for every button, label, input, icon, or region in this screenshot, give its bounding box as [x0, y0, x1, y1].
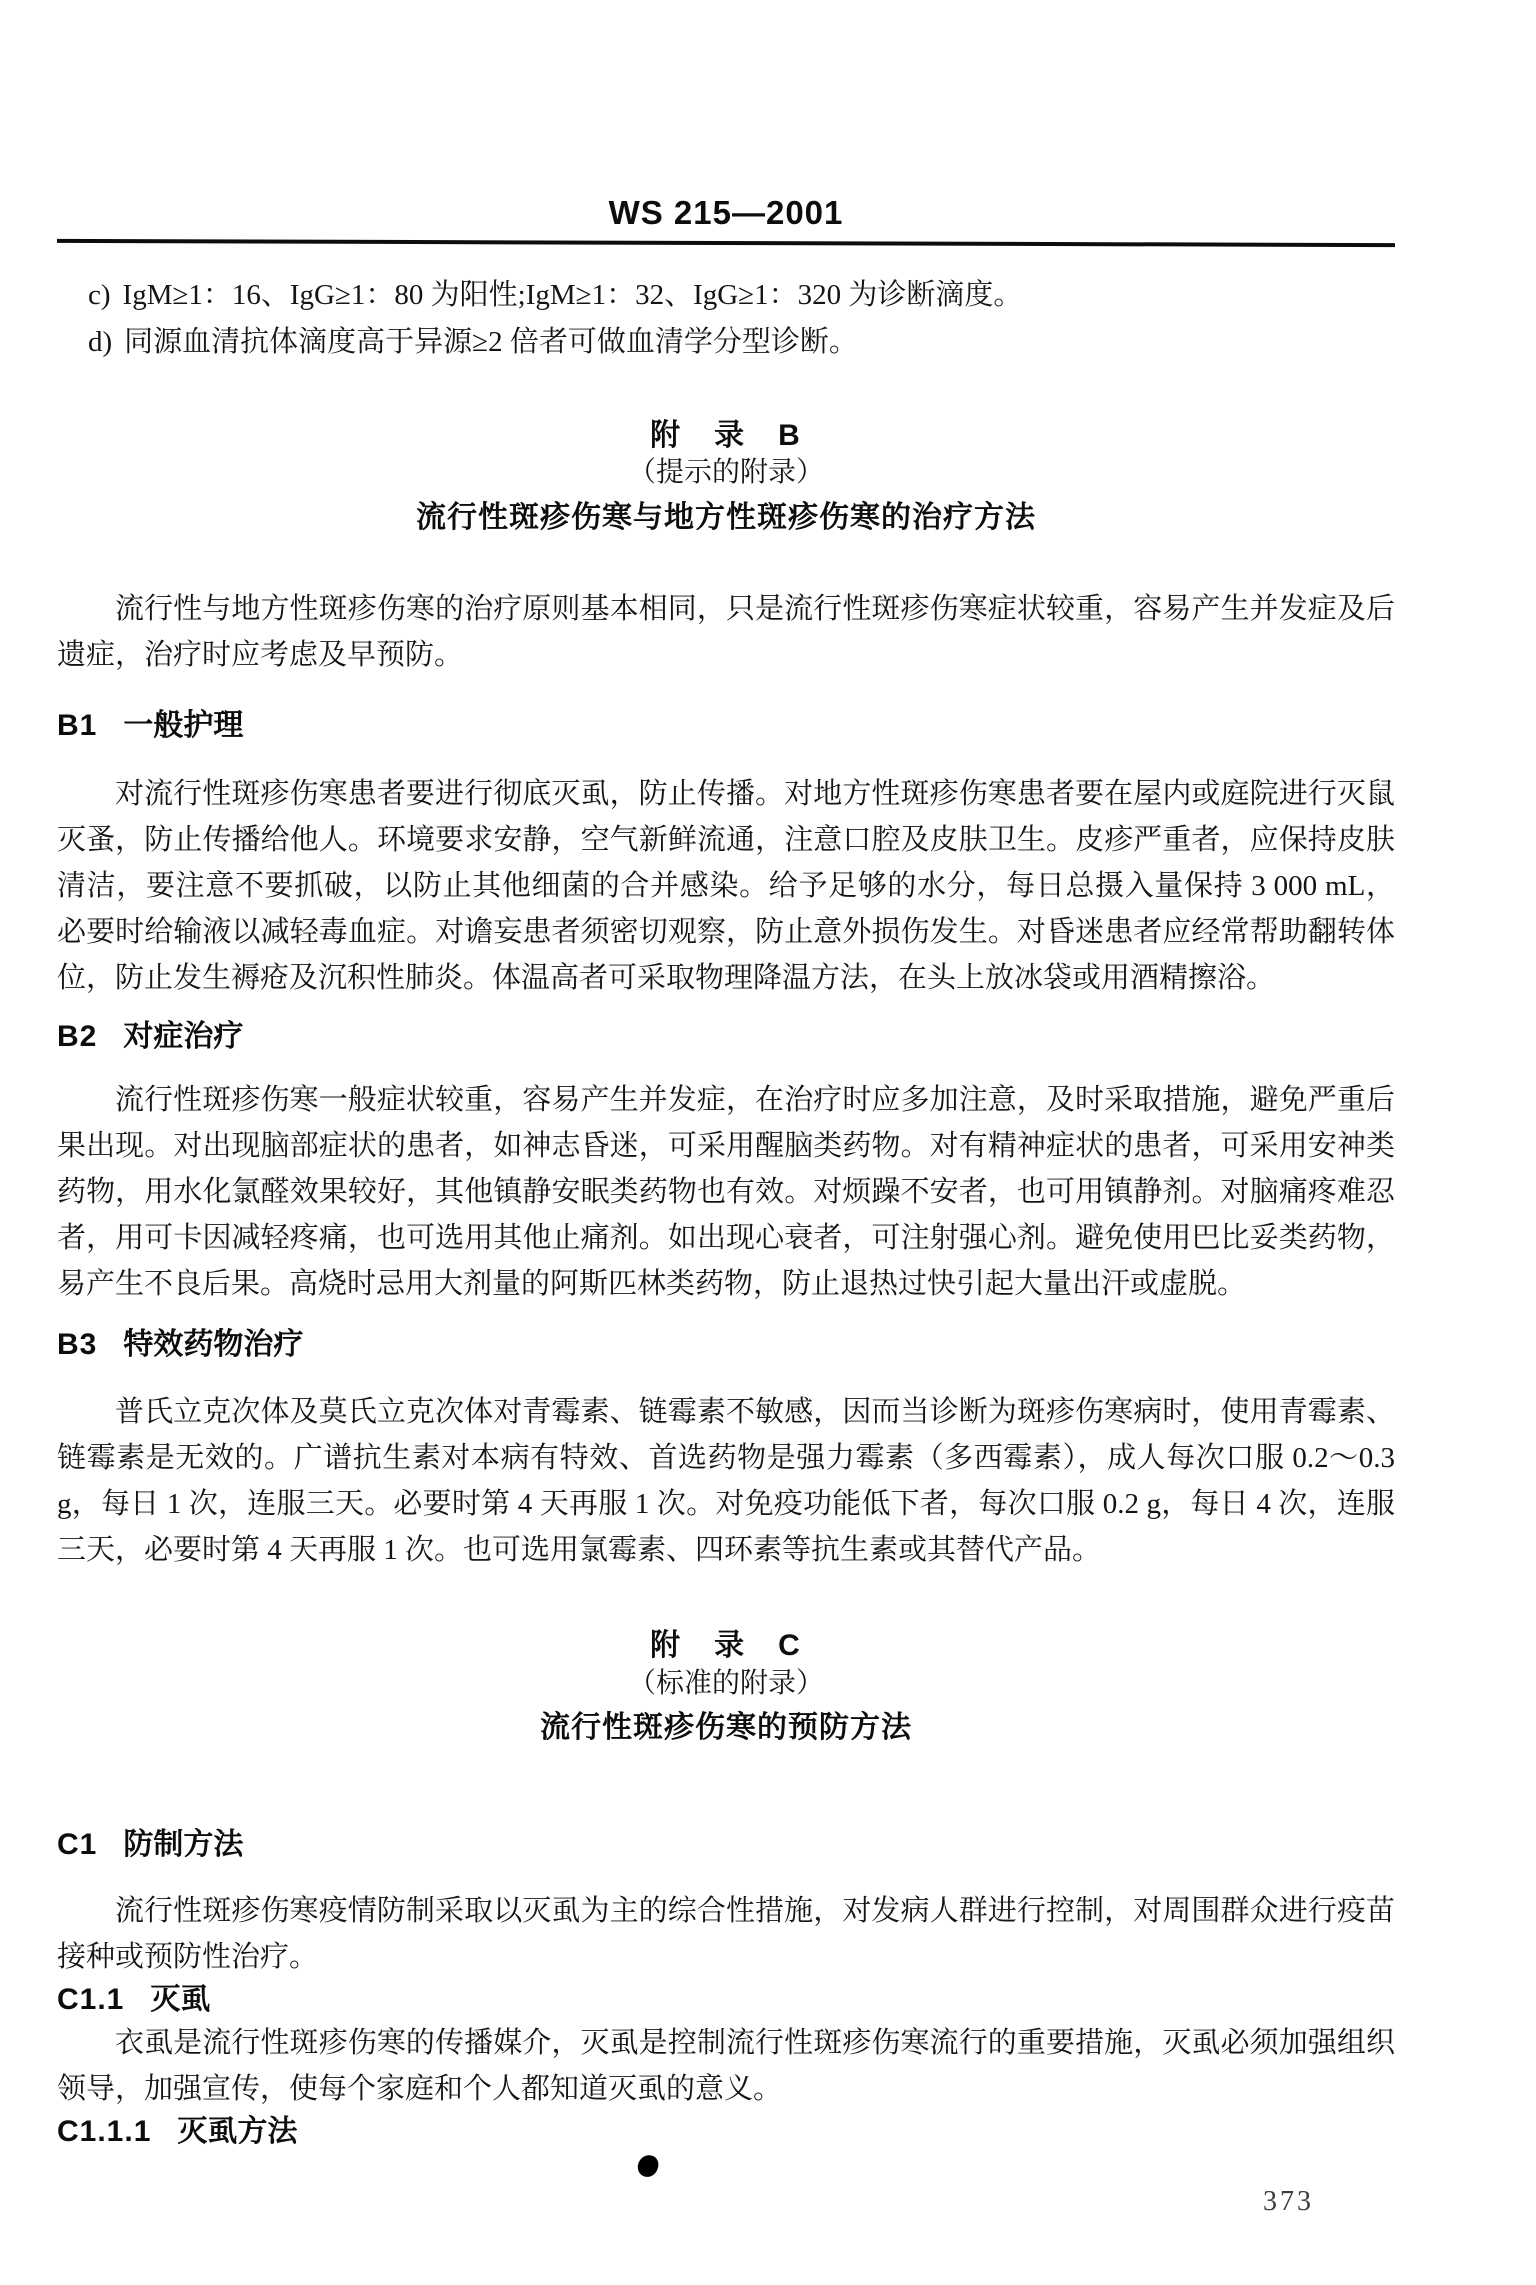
section-heading-b2: B2对症治疗 — [57, 1019, 1395, 1055]
section-body-b3: 普氏立克次体及莫氏立克次体对青霉素、链霉素不敏感，因而当诊断为斑疹伤寒病时，使用… — [57, 1389, 1395, 1573]
list-item-c: c)IgM≥1：16、IgG≥1：80 为阳性;IgM≥1：32、IgG≥1：3… — [88, 272, 1022, 318]
appendix-c-type-note: （标准的附录） — [57, 1667, 1395, 1701]
section-heading-c1-1: C1.1灭虱 — [57, 1982, 1395, 2018]
clause-title: 对症治疗 — [123, 1020, 243, 1053]
appendix-b-label: 附 录 B — [57, 418, 1395, 454]
clause-number: B2 — [57, 1020, 97, 1053]
page-header-standard-code: WS 215—2001 — [57, 194, 1395, 232]
list-item-d: d)同源血清抗体滴度高于异源≥2 倍者可做血清学分型诊断。 — [88, 319, 858, 365]
header-rule — [57, 239, 1395, 247]
page-number: 373 — [1263, 2186, 1314, 2218]
section-body-c1-1: 衣虱是流行性斑疹伤寒的传播媒介，灭虱是控制流行性斑疹伤寒流行的重要措施，灭虱必须… — [57, 2020, 1395, 2112]
list-item-label: c) — [88, 279, 111, 311]
section-body-b2: 流行性斑疹伤寒一般症状较重，容易产生并发症，在治疗时应多加注意，及时采取措施，避… — [57, 1077, 1395, 1307]
clause-number: B3 — [57, 1328, 97, 1361]
clause-number: C1.1.1 — [57, 2115, 151, 2148]
list-item-text: 同源血清抗体滴度高于异源≥2 倍者可做血清学分型诊断。 — [124, 326, 858, 358]
document-content: WS 215—2001 c)IgM≥1：16、IgG≥1：80 为阳性;IgM≥… — [57, 0, 1395, 2285]
clause-number: C1.1 — [57, 1983, 124, 2016]
appendix-c-label: 附 录 C — [57, 1628, 1395, 1664]
clause-title: 防制方法 — [123, 1828, 243, 1861]
section-body-b1: 对流行性斑疹伤寒患者要进行彻底灭虱，防止传播。对地方性斑疹伤寒患者要在屋内或庭院… — [57, 771, 1395, 1001]
clause-title: 灭虱方法 — [177, 2115, 297, 2148]
section-heading-b1: B1一般护理 — [57, 708, 1395, 744]
section-heading-c1: C1防制方法 — [57, 1827, 1395, 1863]
list-item-label: d) — [88, 326, 112, 358]
list-item-text: IgM≥1：16、IgG≥1：80 为阳性;IgM≥1：32、IgG≥1：320… — [123, 279, 1023, 311]
ink-blot — [635, 2153, 660, 2179]
appendix-b-intro: 流行性与地方性斑疹伤寒的治疗原则基本相同，只是流行性斑疹伤寒症状较重，容易产生并… — [57, 586, 1395, 678]
section-heading-c1-1-1: C1.1.1灭虱方法 — [57, 2114, 1395, 2150]
appendix-b-type-note: （提示的附录） — [57, 456, 1395, 490]
clause-title: 特效药物治疗 — [123, 1328, 303, 1361]
appendix-b-title: 流行性斑疹伤寒与地方性斑疹伤寒的治疗方法 — [57, 500, 1395, 536]
clause-number: C1 — [57, 1828, 97, 1861]
document-page: WS 215—2001 c)IgM≥1：16、IgG≥1：80 为阳性;IgM≥… — [0, 0, 1536, 2285]
clause-number: B1 — [57, 709, 97, 742]
clause-title: 一般护理 — [123, 709, 243, 742]
section-heading-b3: B3特效药物治疗 — [57, 1327, 1395, 1363]
clause-title: 灭虱 — [150, 1983, 210, 2016]
appendix-c-title: 流行性斑疹伤寒的预防方法 — [57, 1710, 1395, 1746]
section-body-c1: 流行性斑疹伤寒疫情防制采取以灭虱为主的综合性措施，对发病人群进行控制，对周围群众… — [57, 1888, 1395, 1980]
